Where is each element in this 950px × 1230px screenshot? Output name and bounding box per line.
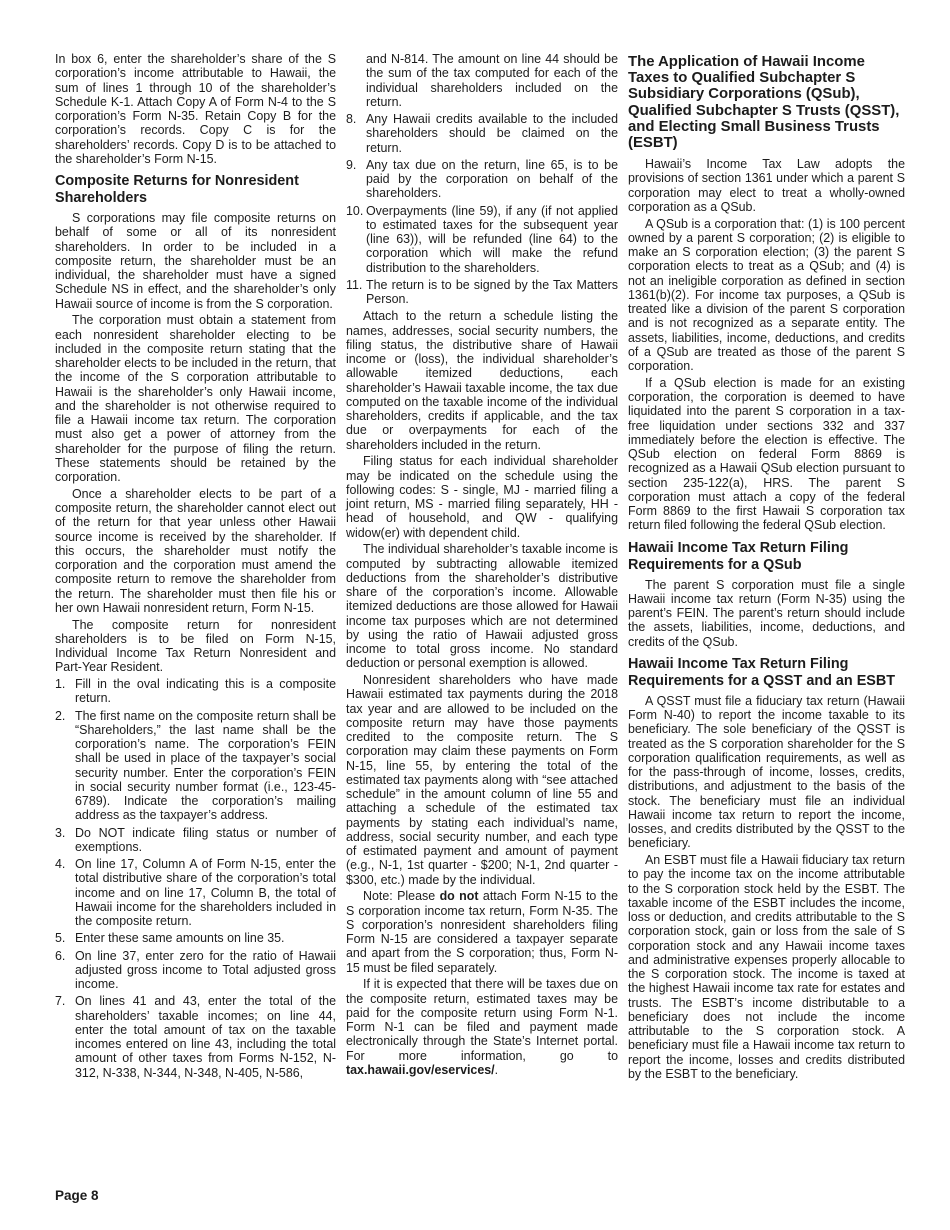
- list-number: 10.: [346, 204, 366, 275]
- list-item: 11. The return is to be signed by the Ta…: [346, 278, 618, 307]
- paragraph: Hawaii’s Income Tax Law adopts the provi…: [628, 157, 905, 214]
- list-text: The return is to be signed by the Tax Ma…: [366, 278, 618, 307]
- paragraph: The individual shareholder’s taxable inc…: [346, 542, 618, 670]
- paragraph: A QSST must file a fiduciary tax return …: [628, 694, 905, 851]
- list-text: Do NOT indicate filing status or number …: [75, 826, 336, 855]
- paragraph: Once a shareholder elects to be part of …: [55, 487, 336, 615]
- list-item: 5. Enter these same amounts on line 35.: [55, 931, 336, 945]
- paragraph: The parent S corporation must file a sin…: [628, 578, 905, 649]
- list-item: 8. Any Hawaii credits available to the i…: [346, 112, 618, 155]
- paragraph: The composite return for nonresident sha…: [55, 618, 336, 675]
- list-item: 2. The first name on the composite retur…: [55, 709, 336, 823]
- note-text-pre: Note: Please: [363, 889, 440, 903]
- list-item: 9. Any tax due on the return, line 65, i…: [346, 158, 618, 201]
- heading-application-hawaii-taxes: The Application of Hawaii Income Taxes t…: [628, 54, 905, 151]
- paragraph: Attach to the return a schedule listing …: [346, 309, 618, 452]
- note-text-bold: do not: [440, 889, 479, 903]
- list-item: 3. Do NOT indicate filing status or numb…: [55, 826, 336, 855]
- document-page: In box 6, enter the shareholder’s share …: [0, 0, 950, 1230]
- list-number: 3.: [55, 826, 75, 855]
- list-text: The first name on the composite return s…: [75, 709, 336, 823]
- efile-text-pre: If it is expected that there will be tax…: [346, 977, 618, 1062]
- efile-url-text: tax.hawaii.gov/eservices/: [346, 1063, 495, 1077]
- list-item: 4. On line 17, Column A of Form N-15, en…: [55, 857, 336, 928]
- heading-composite-returns: Composite Returns for Nonresident Shareh…: [55, 173, 336, 207]
- paragraph: The corporation must obtain a statement …: [55, 313, 336, 484]
- list-item: 1. Fill in the oval indicating this is a…: [55, 677, 336, 706]
- list-number: 7.: [55, 994, 75, 1080]
- paragraph: Filing status for each individual shareh…: [346, 454, 618, 540]
- column-left: In box 6, enter the shareholder’s share …: [55, 52, 336, 1084]
- paragraph-item7-continuation: and N-814. The amount on line 44 should …: [366, 52, 618, 109]
- page-number: Page 8: [55, 1188, 99, 1203]
- column-right: The Application of Hawaii Income Taxes t…: [628, 52, 905, 1084]
- paragraph-note: Note: Please do not attach Form N-15 to …: [346, 889, 618, 975]
- list-number: 5.: [55, 931, 75, 945]
- paragraph: S corporations may file composite return…: [55, 211, 336, 311]
- list-text: Enter these same amounts on line 35.: [75, 931, 336, 945]
- list-item: 7. On lines 41 and 43, enter the total o…: [55, 994, 336, 1080]
- list-text: On line 37, enter zero for the ratio of …: [75, 949, 336, 992]
- paragraph-efile: If it is expected that there will be tax…: [346, 977, 618, 1077]
- list-number: 11.: [346, 278, 366, 307]
- list-number: 2.: [55, 709, 75, 823]
- list-number: 8.: [346, 112, 366, 155]
- column-middle: and N-814. The amount on line 44 should …: [346, 52, 618, 1084]
- list-item: 6. On line 37, enter zero for the ratio …: [55, 949, 336, 992]
- list-text: On line 17, Column A of Form N-15, enter…: [75, 857, 336, 928]
- list-text: Overpayments (line 59), if any (if not a…: [366, 204, 618, 275]
- paragraph-box6: In box 6, enter the shareholder’s share …: [55, 52, 336, 166]
- list-number: 4.: [55, 857, 75, 928]
- efile-text-post: .: [495, 1063, 498, 1077]
- text-columns: In box 6, enter the shareholder’s share …: [55, 52, 905, 1084]
- ordered-list-items-1-7: 1. Fill in the oval indicating this is a…: [55, 677, 336, 1080]
- list-text: Any Hawaii credits available to the incl…: [366, 112, 618, 155]
- heading-filing-requirements-qsub: Hawaii Income Tax Return Filing Requirem…: [628, 540, 905, 574]
- paragraph: If a QSub election is made for an existi…: [628, 376, 905, 533]
- paragraph: A QSub is a corporation that: (1) is 100…: [628, 217, 905, 374]
- list-text: Any tax due on the return, line 65, is t…: [366, 158, 618, 201]
- list-number: 6.: [55, 949, 75, 992]
- paragraph: An ESBT must file a Hawaii fiduciary tax…: [628, 853, 905, 1081]
- list-item: 10. Overpayments (line 59), if any (if n…: [346, 204, 618, 275]
- list-number: 9.: [346, 158, 366, 201]
- list-number: 1.: [55, 677, 75, 706]
- list-text: On lines 41 and 43, enter the total of t…: [75, 994, 336, 1080]
- ordered-list-items-8-11: 8. Any Hawaii credits available to the i…: [346, 112, 618, 306]
- paragraph: Nonresident shareholders who have made H…: [346, 673, 618, 887]
- list-text: Fill in the oval indicating this is a co…: [75, 677, 336, 706]
- heading-filing-requirements-qsst-esbt: Hawaii Income Tax Return Filing Requirem…: [628, 656, 905, 690]
